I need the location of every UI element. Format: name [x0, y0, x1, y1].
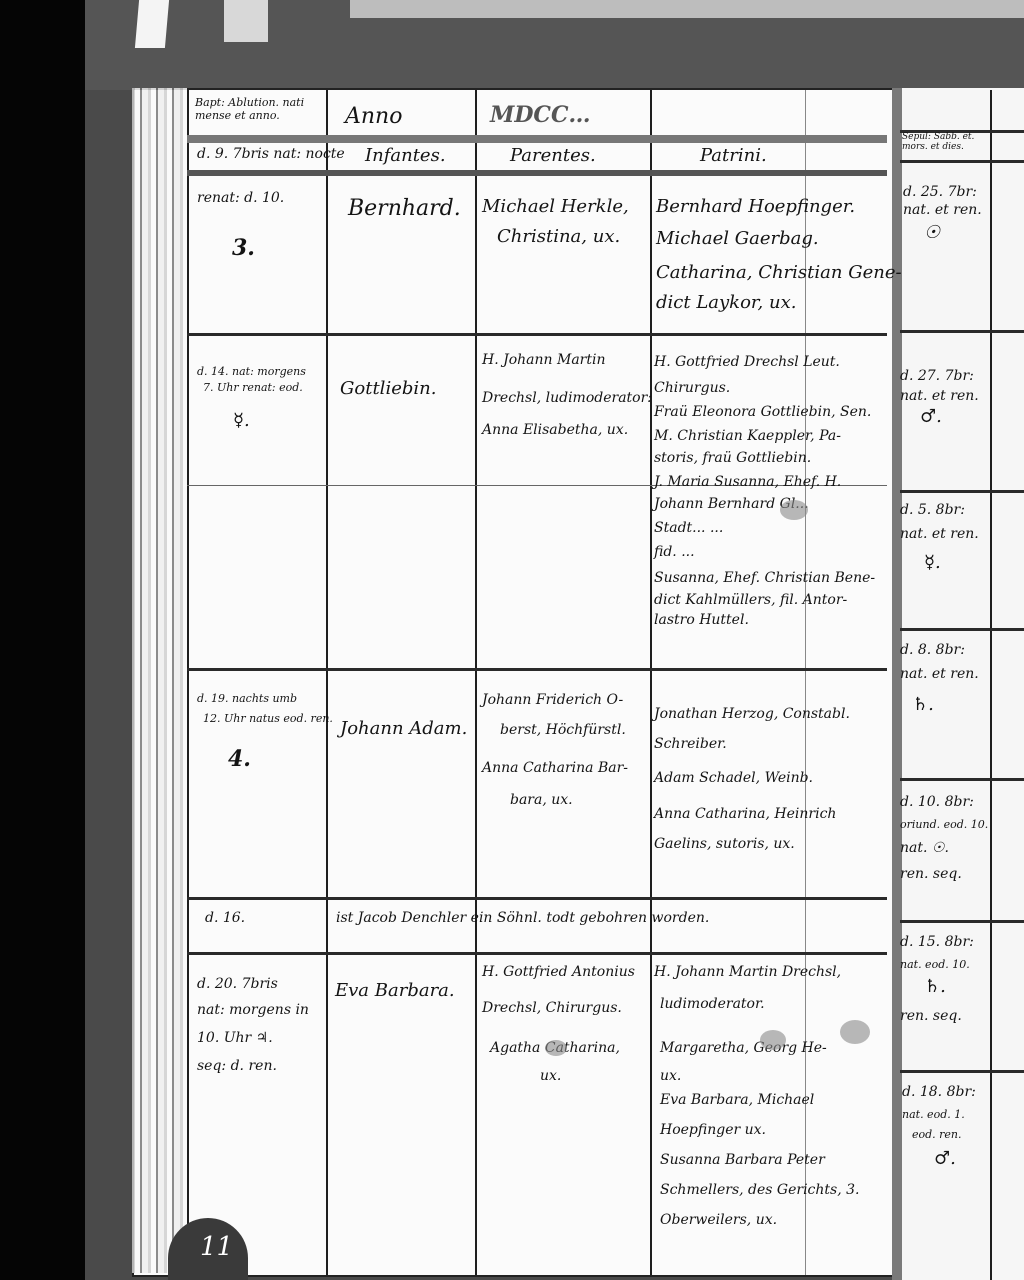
- entry-date: d. 19. nachts umb: [197, 692, 297, 705]
- godparent-line: Hoepfinger ux.: [660, 1122, 766, 1138]
- godparent-line: Susanna Barbara Peter: [660, 1152, 825, 1168]
- column-rule: [990, 90, 992, 1280]
- entry-date-line: seq: d. ren.: [197, 1058, 277, 1074]
- header-rule: [187, 170, 887, 176]
- godparent-line: Bernhard Hoepfinger.: [656, 196, 855, 217]
- godparent-line: H. Gottfried Drechsl Leut.: [654, 354, 840, 370]
- ink-stain: [780, 500, 808, 520]
- column-header-infantes: Infantes.: [365, 145, 446, 166]
- godparent-line: Chirurgus.: [654, 380, 730, 396]
- godparent-line: Catharina, Christian Gene-: [656, 262, 902, 283]
- godparent-line: Gaelins, sutoris, ux.: [654, 836, 795, 852]
- burial-date: d. 18. 8br:: [902, 1084, 976, 1100]
- godparent-line: Susanna, Ehef. Christian Bene-: [654, 570, 875, 586]
- ink-stain: [760, 1030, 786, 1050]
- entry-date: d. 16.: [205, 910, 245, 926]
- godparent-line: Stadt... ...: [654, 520, 723, 536]
- parent-line: bara, ux.: [510, 792, 573, 808]
- burial-note: nat. eod. 1.: [902, 1108, 965, 1121]
- mercury-symbol-icon: ☿.: [233, 410, 250, 431]
- burial-note: nat. et ren.: [903, 202, 982, 218]
- paper-tab: [135, 0, 169, 48]
- burial-note: nat. eod. 10.: [900, 958, 970, 971]
- godparent-line: Eva Barbara, Michael: [660, 1092, 814, 1108]
- parent-line: H. Gottfried Antonius: [482, 964, 635, 980]
- parent-line: Anna Elisabetha, ux.: [482, 422, 628, 438]
- godparent-line: J. Maria Susanna, Ehef. H.: [654, 474, 841, 490]
- mercury-symbol-icon: ☿.: [924, 552, 941, 573]
- entry-date: d. 20. 7bris: [197, 976, 278, 992]
- godparent-line: Anna Catharina, Heinrich: [654, 806, 836, 822]
- entry-number: 3.: [232, 235, 255, 261]
- row-rule: [900, 1070, 1024, 1073]
- godparent-line: ux.: [660, 1068, 681, 1084]
- film-edge: [0, 0, 85, 1280]
- godparent-line: Fraü Eleonora Gottliebin, Sen.: [654, 404, 871, 420]
- godparent-line: Schmellers, des Gerichts, 3.: [660, 1182, 859, 1198]
- parent-line: Johann Friderich O-: [482, 692, 623, 708]
- row-rule: [187, 952, 887, 955]
- entry-date: d. 14. nat: morgens: [197, 365, 306, 378]
- godparent-line: lastro Huttel.: [654, 612, 749, 628]
- burial-note: oriund. eod. 10.: [900, 818, 988, 831]
- ink-stain: [840, 1020, 870, 1044]
- row-rule: [187, 897, 887, 900]
- entry-date-line: 10. Uhr ♃.: [197, 1030, 273, 1046]
- godparent-line: H. Johann Martin Drechsl,: [654, 964, 841, 980]
- parent-line: Michael Herkle,: [482, 196, 629, 217]
- parent-line: Anna Catharina Bar-: [482, 760, 628, 776]
- infant-name: Gottliebin.: [340, 378, 436, 399]
- parent-line: Drechsl, ludimoderator:: [482, 390, 652, 406]
- burial-note: ren. seq.: [900, 1008, 962, 1024]
- entry-number: 4.: [228, 746, 251, 772]
- column-header-burial: Sepul: Sabb. et. mors. et dies.: [902, 132, 992, 152]
- burial-note: nat. et ren.: [900, 666, 979, 682]
- godparent-line: ludimoderator.: [660, 996, 765, 1012]
- godparent-line: fid. ...: [654, 544, 695, 560]
- sun-symbol-icon: ☉: [924, 222, 940, 243]
- godparent-line: storis, fraü Gottliebin.: [654, 450, 811, 466]
- godparent-line: Schreiber.: [654, 736, 727, 752]
- mars-symbol-icon: ♂.: [934, 1148, 956, 1169]
- burial-date: d. 5. 8br:: [900, 502, 965, 518]
- godparent-line: Michael Gaerbag.: [656, 228, 819, 249]
- column-header-baptism: Bapt: Ablution. nati mense et anno.: [195, 96, 325, 122]
- saturn-symbol-icon: ♄.: [912, 694, 934, 715]
- row-rule: [187, 333, 887, 336]
- infant-name: Eva Barbara.: [335, 980, 455, 1001]
- column-header-anno: Anno: [345, 104, 402, 129]
- paper-tab: [224, 0, 268, 42]
- parent-line: H. Johann Martin: [482, 352, 606, 368]
- row-rule: [900, 628, 1024, 631]
- row-rule: [900, 330, 1024, 333]
- parent-line: ux.: [540, 1068, 561, 1084]
- burial-note: ren. seq.: [900, 866, 962, 882]
- sun-symbol-icon: nat. ☉.: [900, 840, 949, 856]
- row-rule: [900, 490, 1024, 493]
- entry-date-line: nat: morgens in: [197, 1002, 309, 1018]
- column-header-patrini: Patrini.: [700, 145, 767, 166]
- page-number: 11: [200, 1232, 233, 1262]
- godparent-line: M. Christian Kaeppler, Pa-: [654, 428, 841, 444]
- row-rule: [900, 920, 1024, 923]
- column-rule: [650, 90, 652, 1275]
- column-rule: [475, 90, 477, 1275]
- burial-note: nat. et ren.: [900, 388, 979, 404]
- godparent-line: Adam Schadel, Weinb.: [654, 770, 813, 786]
- entry-date-renat: renat: d. 10.: [197, 190, 284, 206]
- row-rule: [900, 778, 1024, 781]
- entry-date-renat: 7. Uhr renat: eod.: [203, 381, 303, 394]
- infant-name: Bernhard.: [348, 196, 461, 221]
- row-rule: [900, 160, 1024, 163]
- godparent-line: dict Laykor, ux.: [656, 292, 796, 313]
- parent-line: Drechsl, Chirurgus.: [482, 1000, 622, 1016]
- entry-date: d. 9. 7bris nat: nocte: [197, 146, 345, 162]
- binding-edge: [132, 88, 187, 1273]
- godparent-line: Jonathan Herzog, Constabl.: [654, 706, 850, 722]
- column-header-parentes: Parentes.: [510, 145, 596, 166]
- ink-stain: [545, 1040, 567, 1056]
- column-rule: [326, 90, 328, 1275]
- saturn-symbol-icon: ♄.: [924, 976, 946, 997]
- entry-date-renat: 12. Uhr natus eod. ren.: [203, 712, 333, 725]
- burial-date: d. 10. 8br:: [900, 794, 974, 810]
- stillbirth-note: ist Jacob Denchler ein Söhnl. todt geboh…: [336, 910, 709, 926]
- facing-page-edge: [350, 0, 1024, 18]
- parent-line: berst, Höchfürstl.: [500, 722, 626, 738]
- parent-line: Christina, ux.: [497, 226, 620, 247]
- mars-symbol-icon: ♂.: [920, 406, 942, 427]
- burial-date: d. 25. 7br:: [903, 184, 977, 200]
- godparent-line: Margaretha, Georg He-: [660, 1040, 827, 1056]
- adjacent-page: [892, 88, 1024, 1280]
- column-header-year: MDCC…: [490, 102, 590, 128]
- infant-name: Johann Adam.: [340, 718, 467, 739]
- burial-date: d. 27. 7br:: [900, 368, 974, 384]
- column-rule: [187, 90, 189, 1275]
- burial-date: d. 8. 8br:: [900, 642, 965, 658]
- godparent-line: Oberweilers, ux.: [660, 1212, 777, 1228]
- burial-note: eod. ren.: [912, 1128, 962, 1141]
- burial-note: nat. et ren.: [900, 526, 979, 542]
- burial-date: d. 15. 8br:: [900, 934, 974, 950]
- godparent-line: dict Kahlmüllers, fil. Antor-: [654, 592, 847, 608]
- row-rule: [187, 668, 887, 671]
- header-rule: [187, 135, 887, 143]
